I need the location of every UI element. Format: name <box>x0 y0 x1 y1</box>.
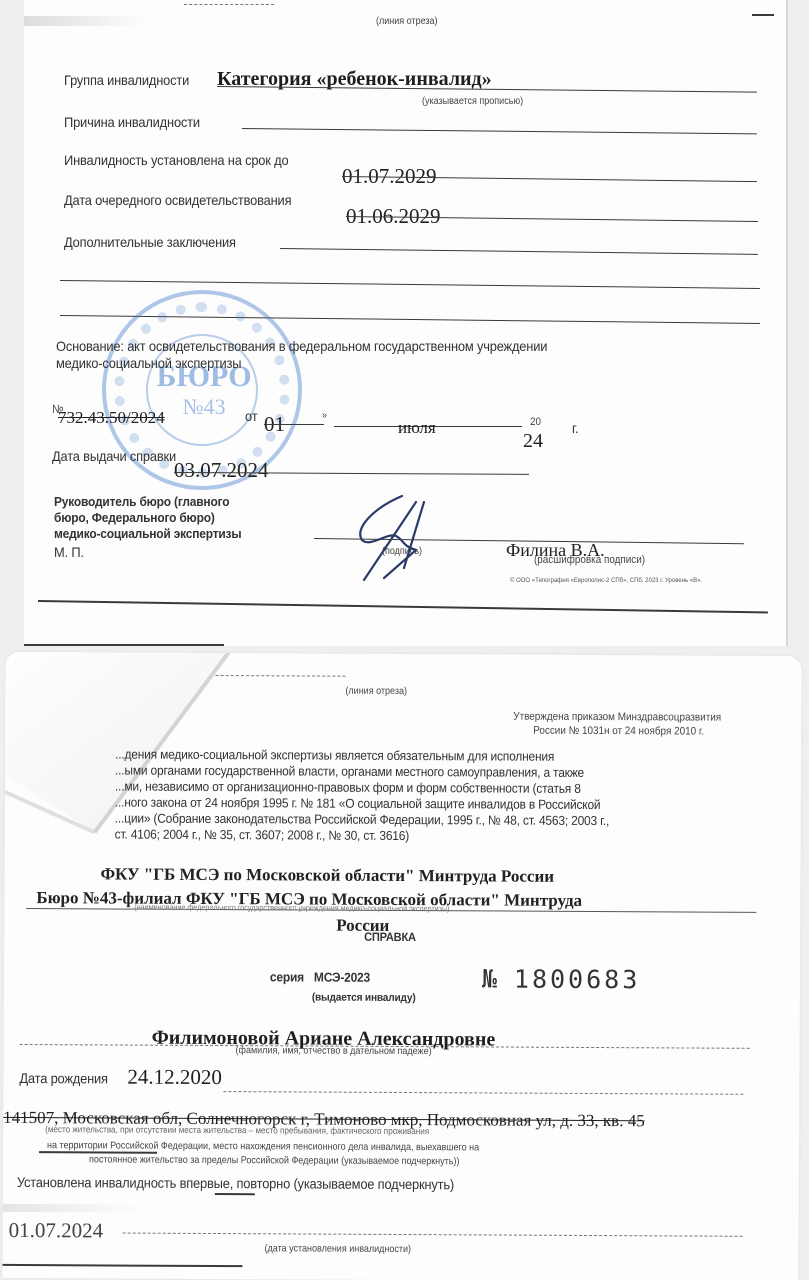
address-hint-1: (место жительства, при отсутствии места … <box>45 1124 429 1136</box>
series-value: МСЭ-2023 <box>314 970 370 985</box>
next-exam-label: Дата очередного освидетельствования <box>64 192 291 208</box>
extra-line <box>280 248 758 255</box>
established-date-hint: (дата установления инвалидности) <box>264 1243 411 1255</box>
group-hint: (указывается прописью) <box>422 96 523 107</box>
legal-line: ...ции» (Собрание законодательства Росси… <box>115 810 609 828</box>
act-month: июля <box>398 418 436 438</box>
act-year-prefix: 20 <box>530 416 541 428</box>
act-number: 732.43.50/2024 <box>58 408 165 428</box>
scan-smudge <box>3 1204 143 1213</box>
address-underline <box>39 1151 157 1153</box>
org-name-line-1: ФКУ "ГБ МСЭ по Московской области" Минтр… <box>100 864 554 886</box>
term-label: Инвалидность установлена на срок до <box>64 152 288 168</box>
birth-date-line <box>223 1091 743 1095</box>
cut-line <box>184 4 274 5</box>
birth-date-label: Дата рождения <box>19 1070 108 1086</box>
group-label: Группа инвалидности <box>64 72 189 88</box>
patient-name-hint: (фамилия, имя, отчество в дательном паде… <box>236 1045 432 1057</box>
printer-note: © ООО «Типография «Европолис-2 СПб», СПб… <box>510 578 702 584</box>
established-date-value: 01.07.2024 <box>9 1218 104 1243</box>
issued-to-hint: (выдается инвалиду) <box>312 992 416 1005</box>
basis-line-1: Основание: акт освидетельствования в фед… <box>56 338 547 354</box>
corner-mark <box>752 14 774 16</box>
cut-line-label: (линия отреза) <box>376 16 438 27</box>
legal-line: ст. 4106; 2004 г., № 35, ст. 3607; 2008 … <box>115 826 409 843</box>
bottom-rule <box>2 1264 242 1267</box>
address-hint-3: постоянное жительство за пределы Российс… <box>89 1154 460 1167</box>
act-year-unit: г. <box>572 420 578 436</box>
decoding-hint: (расшифровка подписи) <box>534 554 645 566</box>
head-line-3: медико-социальной экспертизы <box>54 526 241 541</box>
birth-date-value: 24.12.2020 <box>127 1065 222 1090</box>
act-quote-close: » <box>322 410 327 421</box>
org-hint: (наименование федерального государственн… <box>134 903 449 914</box>
established-date-line <box>123 1233 743 1237</box>
bottom-edge-rule <box>24 644 224 646</box>
established-underline <box>215 1193 255 1195</box>
number-label: № <box>482 964 500 993</box>
legal-line: ...ми, независимо от организационно-прав… <box>115 778 581 795</box>
extra-line-2 <box>60 280 760 289</box>
document-page-top: (линия отреза) Группа инвалидности Катег… <box>24 0 786 646</box>
established-label: Установлена инвалидность впервые, повтор… <box>17 1174 454 1192</box>
legal-line: ...дения медико-социальной экспертизы яв… <box>115 746 554 763</box>
issue-date-label: Дата выдачи справки <box>52 448 176 464</box>
legal-line: ...ного закона от 24 ноября 1995 г. № 18… <box>115 794 601 812</box>
head-line-2: бюро, Федерального бюро) <box>54 510 215 525</box>
scan-smudge <box>24 16 144 26</box>
certificate-number: 1800683 <box>514 965 641 995</box>
cut-line-label: (линия отреза) <box>345 686 407 697</box>
basis-line-2: медико-социальной экспертизы <box>56 355 241 371</box>
head-line-1: Руководитель бюро (главного <box>54 494 229 509</box>
document-title: СПРАВКА <box>364 930 416 944</box>
cause-label: Причина инвалидности <box>64 114 200 130</box>
document-page-bottom: (линия отреза) Утверждена приказом Минзд… <box>2 652 801 1280</box>
extra-label: Дополнительные заключения <box>64 234 236 250</box>
mp-label: М. П. <box>54 544 84 560</box>
signature-icon <box>344 488 494 588</box>
series-label: серия <box>270 969 304 984</box>
bottom-rule <box>38 600 768 613</box>
act-day-line <box>264 424 324 425</box>
act-year-suffix: 24 <box>523 430 543 453</box>
issue-date-value: 03.07.2024 <box>174 458 269 483</box>
act-from-label: от <box>245 408 257 424</box>
cause-line <box>242 128 757 135</box>
approved-line-2: России № 1031н от 24 ноября 2010 г. <box>533 725 704 738</box>
approved-line-1: Утверждена приказом Минздравсоцразвития <box>513 711 721 724</box>
legal-line: ...ыми органами государственной власти, … <box>115 762 584 779</box>
